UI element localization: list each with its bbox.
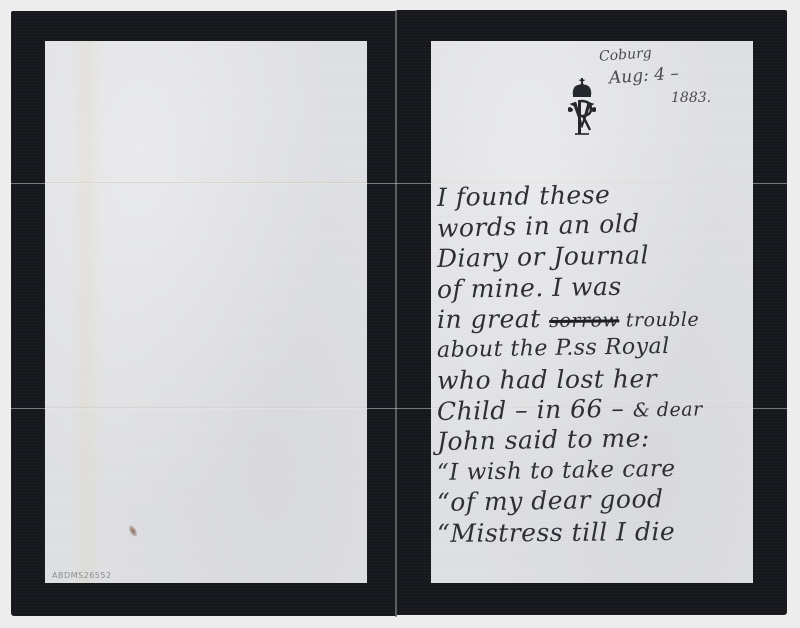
letter-body: I found these words in an old Diary or J… xyxy=(437,183,753,549)
letter-line: “Mistress till I die xyxy=(437,516,753,549)
letter-line: of mine. I was xyxy=(437,269,753,305)
crown-cypher-icon xyxy=(567,78,597,138)
letter-date: Aug: 4 – xyxy=(608,64,679,89)
ink-mark xyxy=(127,524,138,537)
letter-line: about the P.ss Royal xyxy=(437,330,753,366)
fold-crease xyxy=(45,407,367,409)
letter-line: John said to me: xyxy=(437,421,753,457)
letter-year: 1883. xyxy=(671,90,711,106)
catalog-number: ABDMS26552 xyxy=(52,571,112,580)
paper-stain xyxy=(70,41,102,583)
right-page: Coburg Aug: 4 – 1883. I found these word… xyxy=(431,41,753,583)
line-text: Child – in 66 – xyxy=(437,393,633,425)
line-text: trouble xyxy=(619,309,699,332)
fold-crease xyxy=(45,182,367,184)
left-page: ABDMS26552 xyxy=(45,41,367,583)
letter-line: Diary or Journal xyxy=(437,238,753,274)
letter-place: Coburg xyxy=(599,45,653,65)
center-fold xyxy=(395,10,397,617)
line-text: in great xyxy=(437,304,549,334)
struck-word: sorrow xyxy=(549,309,619,332)
line-text: & dear xyxy=(633,398,703,421)
letter-line: “of my dear good xyxy=(437,482,753,518)
